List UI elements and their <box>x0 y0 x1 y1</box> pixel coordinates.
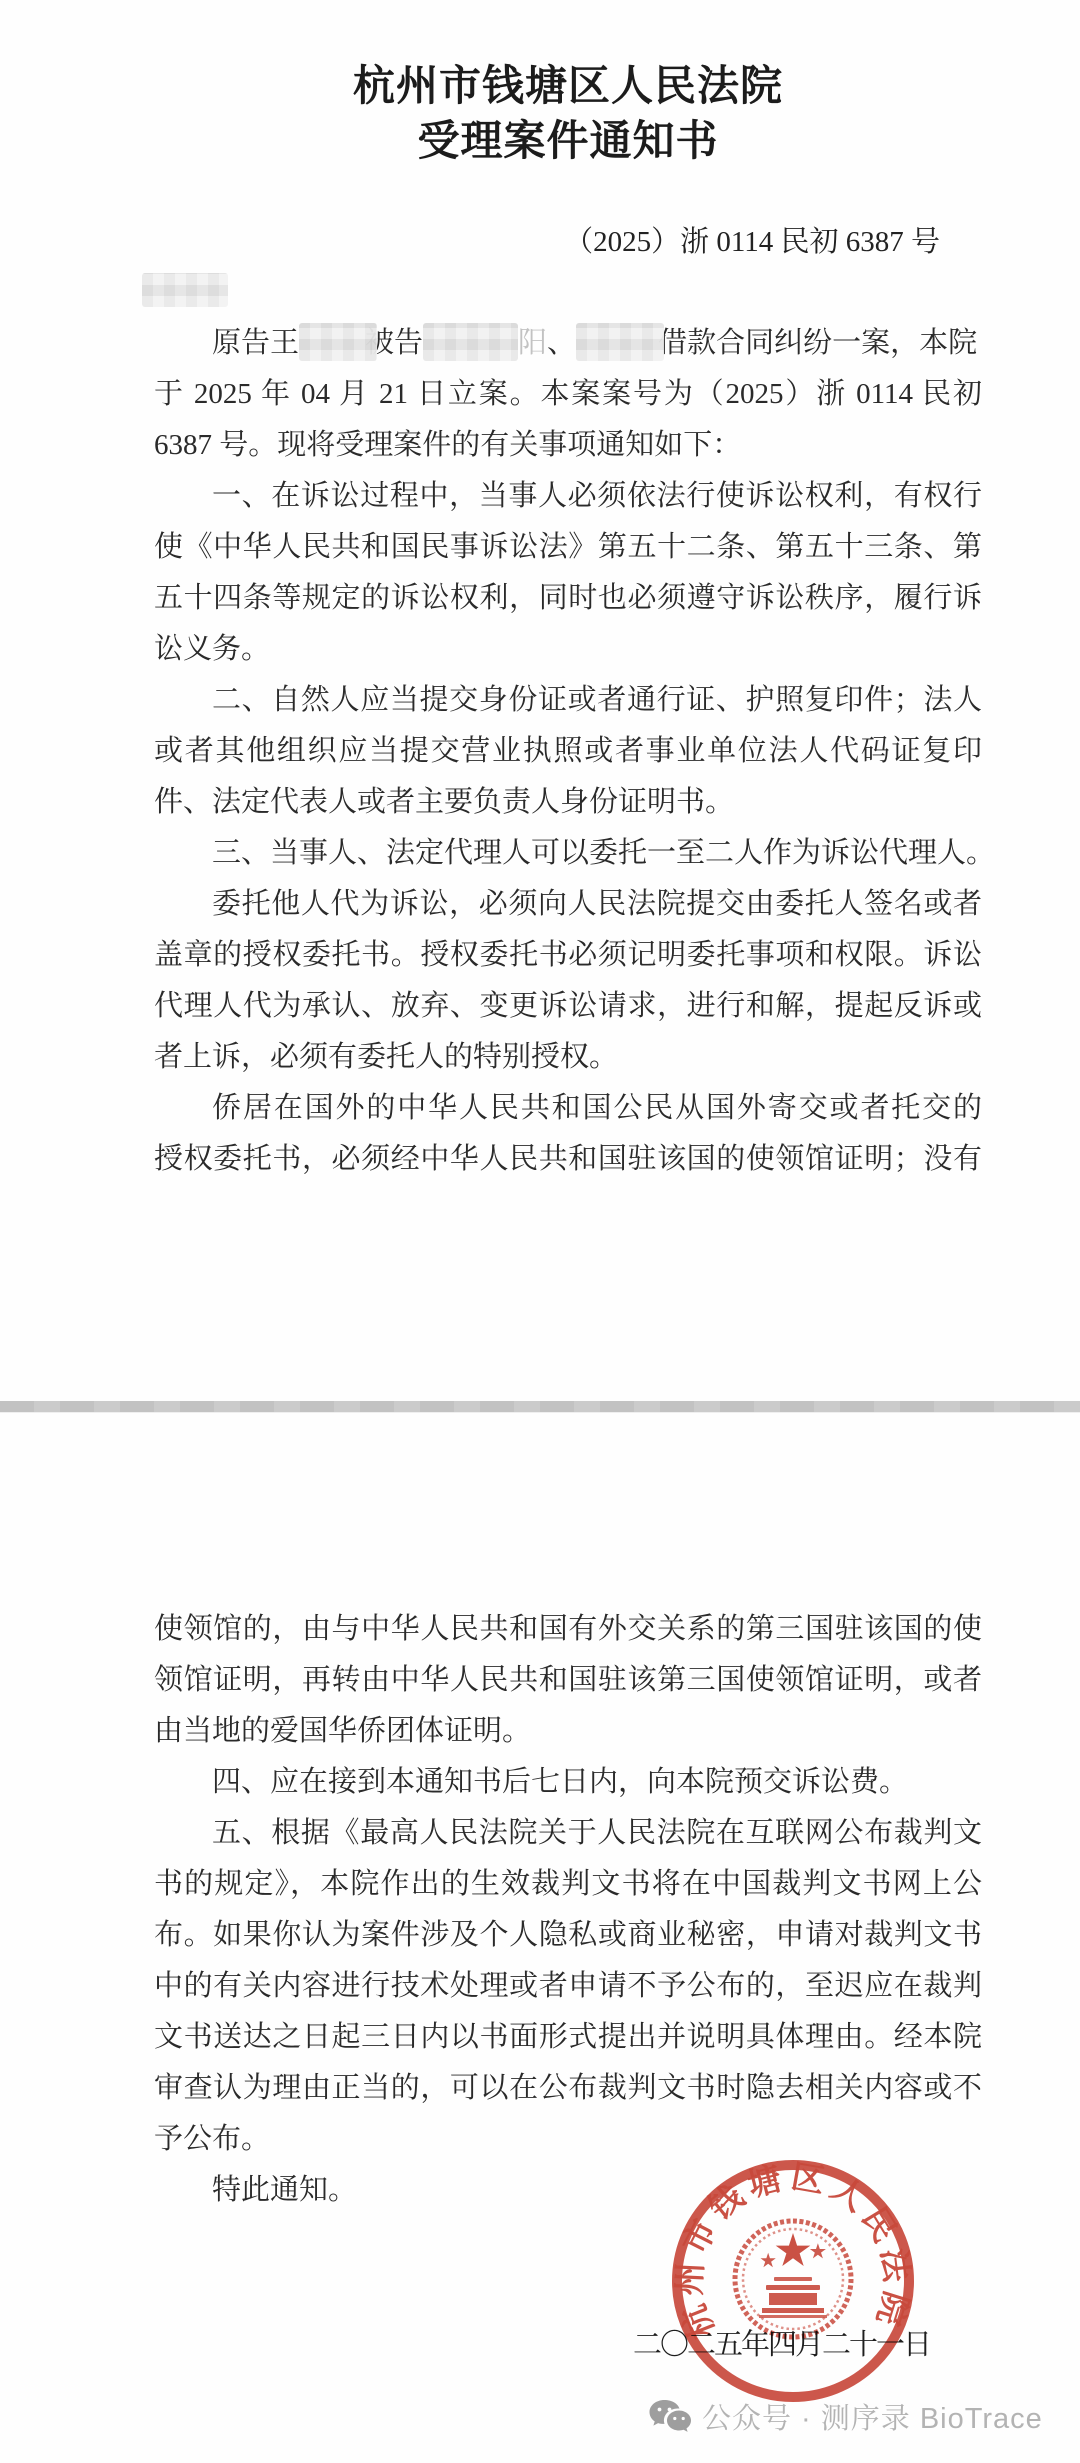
body-line: 文书送达之日起三日内以书面形式提出并说明具体理由。经本院 <box>154 2012 982 2063</box>
page1-body: 原告王被告阳、借款合同纠纷一案，本院 于 2025 年 04 月 21 日立案。… <box>154 318 982 1185</box>
page2-body: 使领馆的，由与中华人民共和国有外交关系的第三国驻该国的使 领馆证明，再转由中华人… <box>154 1604 982 2216</box>
redaction-plaintiff-name <box>299 323 377 361</box>
plaintiff-prefix: 原告王 <box>212 327 299 359</box>
document-header: 杭州市钱塘区人民法院 受理案件通知书 <box>0 60 1080 170</box>
redaction-defendant-name-2 <box>576 323 664 361</box>
plaintiff-defendant-line: 原告王被告阳、借款合同纠纷一案，本院 <box>154 318 982 369</box>
body-line: 由当地的爱国华侨团体证明。 <box>154 1706 982 1757</box>
court-name: 杭州市钱塘区人民法院 <box>56 60 1080 115</box>
wechat-icon <box>648 2398 692 2436</box>
body-line: 审查认为理由正当的，可以在公布裁判文书时隐去相关内容或不 <box>154 2063 982 2114</box>
court-seal-graphic: 杭州市钱塘区人民法院 <box>670 2158 916 2404</box>
body-line: 讼义务。 <box>154 624 982 675</box>
footer-account-label: 公众号 · 测序录 BioTrace <box>702 2396 1043 2437</box>
footer-watermark: 公众号 · 测序录 BioTrace <box>648 2396 1043 2437</box>
body-line: 于 2025 年 04 月 21 日立案。本案案号为（2025）浙 0114 民… <box>154 369 982 420</box>
body-line: 代理人代为承认、放弃、变更诉讼请求，进行和解，提起反诉或 <box>154 981 982 1032</box>
body-line: 书的规定》，本院作出的生效裁判文书将在中国裁判文书网上公 <box>154 1859 982 1910</box>
body-line: 使领馆的，由与中华人民共和国有外交关系的第三国驻该国的使 <box>154 1604 982 1655</box>
court-seal: 杭州市钱塘区人民法院 <box>670 2158 916 2404</box>
redaction-defendant-name-1 <box>423 323 518 361</box>
separator: 、 <box>547 327 576 359</box>
body-line: 领馆证明，再转由中华人民共和国驻该第三国使领馆证明，或者 <box>154 1655 982 1706</box>
body-line: 使《中华人民共和国民事诉讼法》第五十二条、第五十三条、第 <box>154 522 982 573</box>
body-line: 或者其他组织应当提交营业执照或者事业单位法人代码证复印 <box>154 726 982 777</box>
body-line: 委托他人代为诉讼，必须向人民法院提交由委托人签名或者 <box>154 879 982 930</box>
body-line: 侨居在国外的中华人民共和国公民从国外寄交或者托交的 <box>154 1083 982 1134</box>
page-break-divider <box>0 1401 1080 1412</box>
document-title: 受理案件通知书 <box>56 115 1080 170</box>
redaction-block <box>142 273 228 307</box>
case-type-text: 借款合同纠纷一案，本院 <box>658 327 977 359</box>
body-line: 一、在诉讼过程中，当事人必须依法行使诉讼权利，有权行 <box>154 471 982 522</box>
body-line: 五十四条等规定的诉讼权利，同时也必须遵守诉讼秩序，履行诉 <box>154 573 982 624</box>
body-line: 二、自然人应当提交身份证或者通行证、护照复印件；法人 <box>154 675 982 726</box>
body-line: 盖章的授权委托书。授权委托书必须记明委托事项和权限。诉讼 <box>154 930 982 981</box>
body-line: 授权委托书，必须经中华人民共和国驻该国的使领馆证明；没有 <box>154 1134 982 1185</box>
case-number: （2025）浙 0114 民初 6387 号 <box>564 225 940 259</box>
body-line: 三、当事人、法定代理人可以委托一至二人作为诉讼代理人。 <box>154 828 982 879</box>
body-line: 者上诉，必须有委托人的特别授权。 <box>154 1032 982 1083</box>
body-line: 件、法定代表人或者主要负责人身份证明书。 <box>154 777 982 828</box>
body-line: 布。如果你认为案件涉及个人隐私或商业秘密，申请对裁判文书 <box>154 1910 982 1961</box>
body-line: 四、应在接到本通知书后七日内，向本院预交诉讼费。 <box>154 1757 982 1808</box>
body-line: 中的有关内容进行技术处理或者申请不予公布的，至迟应在裁判 <box>154 1961 982 2012</box>
partial-character: 阳 <box>518 327 547 359</box>
body-line: 五、根据《最高人民法院关于人民法院在互联网公布裁判文 <box>154 1808 982 1859</box>
body-line: 6387 号。现将受理案件的有关事项通知如下： <box>154 420 982 471</box>
